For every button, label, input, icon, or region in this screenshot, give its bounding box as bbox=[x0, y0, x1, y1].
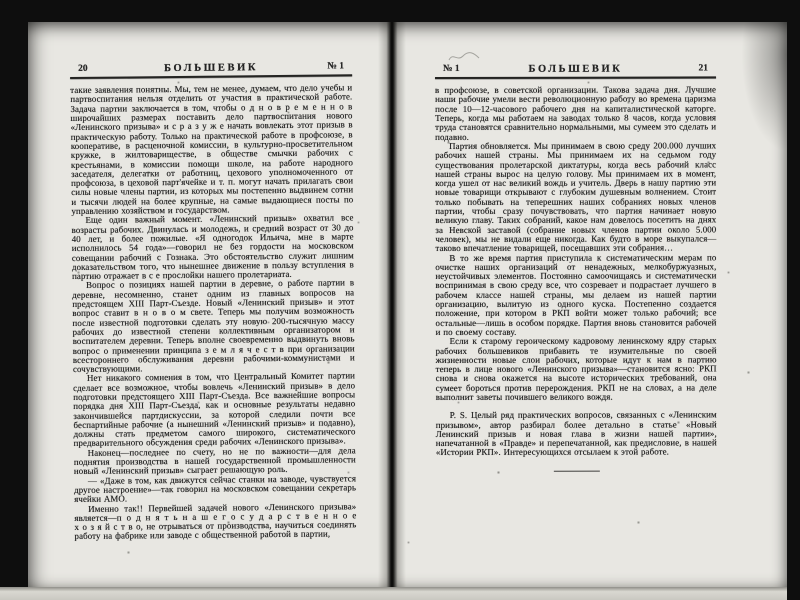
body-paragraph: Нет никакого сомнения в том, что Централ… bbox=[73, 372, 356, 449]
right-journal-title: БОЛЬШЕВИК bbox=[435, 63, 716, 75]
postscript-paragraph: P. S. Целый ряд практических вопросов, с… bbox=[436, 411, 717, 458]
body-paragraph: в профсоюзе, в советской организации. Та… bbox=[435, 86, 716, 142]
scan-noise bbox=[28, 22, 29, 23]
body-paragraph: Наконец—последнее по счету, но не по важ… bbox=[74, 446, 356, 477]
right-page-number: 21 bbox=[698, 63, 708, 74]
left-page-number: 20 bbox=[78, 64, 88, 75]
end-rule bbox=[553, 470, 599, 472]
right-page-text: в профсоюзе, в советской организации. Та… bbox=[435, 86, 717, 458]
body-paragraph: Именно так!! Первейшей задачей нового «Л… bbox=[74, 502, 356, 542]
scan-background: 20 БОЛЬШЕВИК № 1 такие заявления понятны… bbox=[0, 0, 800, 600]
body-paragraph: Партия обновляется. Мы принимаем в свою … bbox=[435, 141, 716, 253]
body-paragraph: Вопрос о позициях нашей партии в деревне… bbox=[72, 279, 355, 375]
pencil-mark bbox=[446, 50, 486, 64]
left-journal-title: БОЛЬШЕВИК bbox=[70, 61, 352, 75]
body-paragraph: такие заявления понятны. Мы, тем не мене… bbox=[70, 83, 353, 216]
body-paragraph: — «Даже в том, как движутся сейчас станк… bbox=[74, 474, 356, 505]
right-page: № 1 БОЛЬШЕВИК 21 в профсоюзе, в советско… bbox=[435, 63, 717, 472]
page-gutter bbox=[378, 22, 406, 588]
body-paragraph: Еще один важный момент. «Ленинский призы… bbox=[71, 214, 354, 282]
left-page-header: 20 БОЛЬШЕВИК № 1 bbox=[70, 61, 352, 75]
body-paragraph: В то же время партия приступила к систем… bbox=[435, 253, 716, 337]
page-corner-shadow bbox=[741, 22, 787, 152]
right-header-rule bbox=[435, 76, 716, 79]
right-page-header: № 1 БОЛЬШЕВИК 21 bbox=[435, 63, 716, 75]
body-paragraph: Если к старому героическому кадровому ле… bbox=[436, 337, 717, 403]
left-page-text: такие заявления понятны. Мы, тем не мене… bbox=[70, 83, 356, 541]
scan-bed-edge bbox=[0, 587, 787, 600]
left-header-rule bbox=[70, 74, 352, 79]
left-page: 20 БОЛЬШЕВИК № 1 такие заявления понятны… bbox=[70, 61, 357, 541]
left-issue-number: № 1 bbox=[327, 61, 344, 72]
book-spread: 20 БОЛЬШЕВИК № 1 такие заявления понятны… bbox=[28, 22, 787, 588]
right-issue-number: № 1 bbox=[443, 64, 460, 75]
